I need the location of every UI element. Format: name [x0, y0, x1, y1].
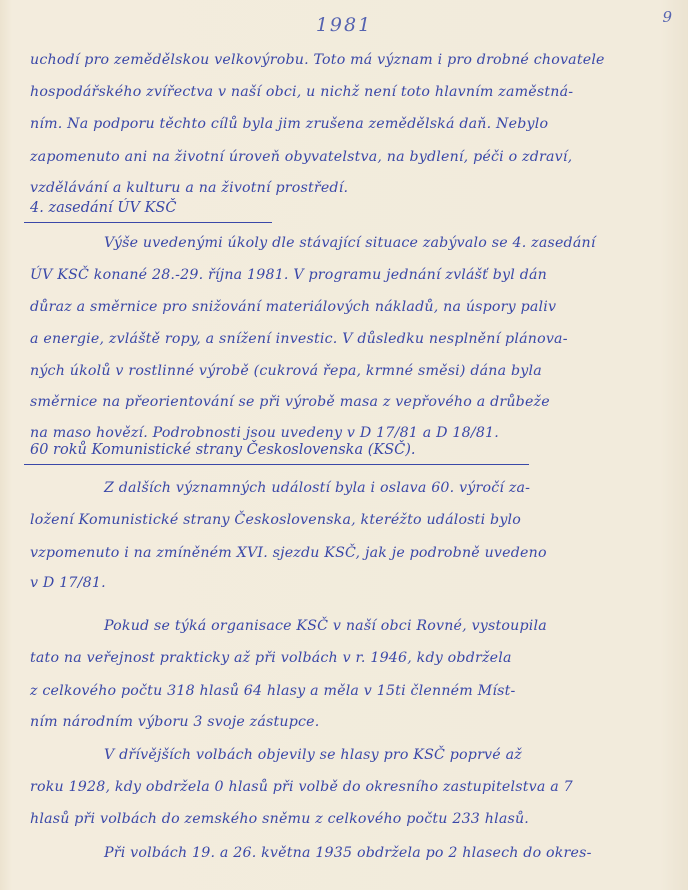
- text-line: směrnice na přeorientování se při výrobě…: [30, 394, 550, 410]
- text-line: roku 1928, kdy obdržela 0 hlasů při volb…: [30, 779, 573, 795]
- text-line: vzpomenuto i na zmíněném XVI. sjezdu KSČ…: [30, 545, 547, 561]
- text-line: v D 17/81.: [30, 575, 106, 591]
- heading-underline: [24, 222, 272, 223]
- text-line: hospodářského zvířectva v naší obci, u n…: [30, 84, 573, 100]
- text-line: ním národním výboru 3 svoje zástupce.: [30, 714, 319, 730]
- text-line: z celkového počtu 318 hlasů 64 hlasy a m…: [30, 683, 515, 699]
- handwritten-chronicle-page: 1981 9 uchodí pro zemědělskou velkovýrob…: [0, 0, 688, 890]
- heading-underline: [24, 464, 529, 465]
- text-line: Pokud se týká organisace KSČ v naší obci…: [104, 618, 547, 634]
- section-heading: 60 roků Komunistické strany Českoslovens…: [30, 442, 416, 458]
- text-line: Při volbách 19. a 26. května 1935 obdrže…: [104, 845, 592, 861]
- text-line: V dřívějších volbách objevily se hlasy p…: [104, 747, 522, 763]
- text-line: na maso hovězí. Podrobnosti jsou uvedeny…: [30, 425, 499, 441]
- text-line: Výše uvedenými úkoly dle stávající situa…: [104, 235, 596, 251]
- text-line: Z dalších významných událostí byla i osl…: [104, 480, 530, 496]
- text-line: ných úkolů v rostlinné výrobě (cukrová ř…: [30, 363, 542, 379]
- page-number: 9: [662, 8, 672, 26]
- text-line: ložení Komunistické strany Československ…: [30, 512, 521, 528]
- text-line: zapomenuto ani na životní úroveň obyvate…: [30, 149, 572, 165]
- text-line: hlasů při volbách do zemského sněmu z ce…: [30, 811, 529, 827]
- text-line: vzdělávání a kulturu a na životní prostř…: [30, 180, 348, 196]
- text-line: důraz a směrnice pro snižování materiálo…: [30, 299, 556, 315]
- year-header: 1981: [0, 14, 688, 36]
- text-line: ÚV KSČ konané 28.-29. října 1981. V prog…: [30, 267, 547, 283]
- text-line: tato na veřejnost prakticky až při volbá…: [30, 650, 512, 666]
- text-line: a energie, zvláště ropy, a snížení inves…: [30, 331, 568, 347]
- section-heading: 4. zasedání ÚV KSČ: [30, 200, 176, 216]
- text-line: ním. Na podporu těchto cílů byla jim zru…: [30, 116, 548, 132]
- text-line: uchodí pro zemědělskou velkovýrobu. Toto…: [30, 52, 605, 68]
